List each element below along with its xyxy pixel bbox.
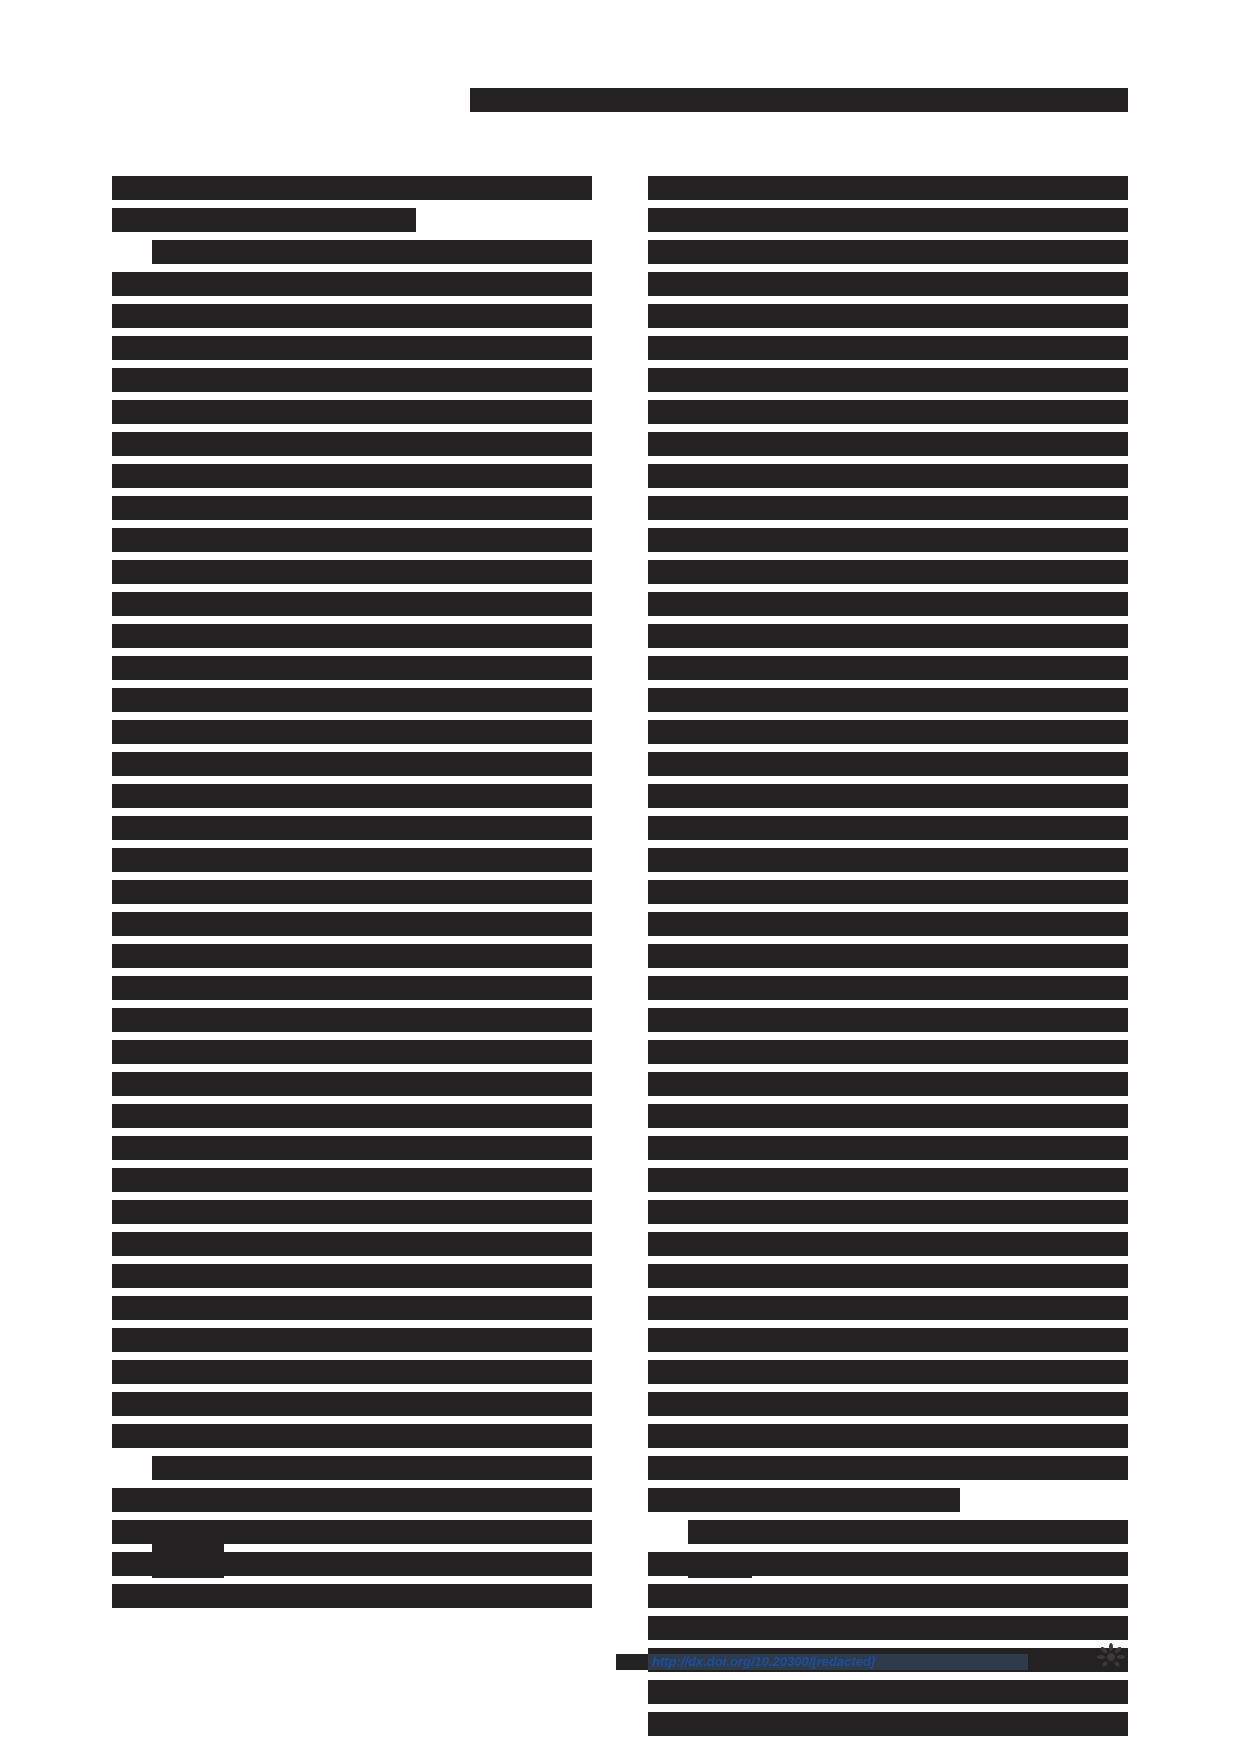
redaction-bar bbox=[112, 496, 592, 520]
redaction-bar bbox=[112, 400, 592, 424]
redacted-text-line bbox=[112, 944, 592, 968]
redacted-text-line bbox=[112, 976, 592, 1000]
redaction-bar bbox=[648, 1104, 1128, 1128]
redaction-bar bbox=[112, 1168, 592, 1192]
redacted-text-line bbox=[112, 1104, 592, 1128]
redacted-text-line bbox=[648, 464, 1128, 488]
redaction-bar bbox=[648, 624, 1128, 648]
redaction-bar bbox=[648, 720, 1128, 744]
redaction-bar bbox=[112, 1392, 592, 1416]
redacted-text-line bbox=[112, 1008, 592, 1032]
footnote-redacted bbox=[152, 1560, 224, 1578]
redaction-bar bbox=[648, 496, 1128, 520]
running-head bbox=[470, 88, 1128, 112]
redacted-text-line bbox=[112, 432, 592, 456]
redaction-bar bbox=[648, 1392, 1128, 1416]
redaction-bar bbox=[648, 528, 1128, 552]
redacted-text-line bbox=[112, 1488, 592, 1512]
redaction-bar bbox=[648, 1072, 1128, 1096]
redaction-bar bbox=[112, 560, 592, 584]
redacted-text-line bbox=[648, 560, 1128, 584]
page-number-redacted bbox=[616, 1654, 648, 1670]
redaction-bar bbox=[648, 336, 1128, 360]
redacted-text-line bbox=[112, 560, 592, 584]
redaction-bar bbox=[112, 592, 592, 616]
redaction-bar bbox=[648, 784, 1128, 808]
redacted-text-line bbox=[648, 1584, 1128, 1608]
redaction-bar bbox=[112, 784, 592, 808]
redacted-text-line bbox=[648, 848, 1128, 872]
redaction-bar bbox=[648, 1680, 1128, 1704]
redacted-text-line bbox=[112, 848, 592, 872]
redaction-bar bbox=[112, 944, 592, 968]
redaction-bar bbox=[112, 1136, 592, 1160]
redacted-text-line bbox=[648, 656, 1128, 680]
redaction-bar bbox=[648, 752, 1128, 776]
redaction-bar bbox=[648, 848, 1128, 872]
redacted-text-line bbox=[112, 624, 592, 648]
redaction-bar bbox=[648, 240, 1128, 264]
publisher-logo-icon bbox=[1096, 1640, 1126, 1670]
redacted-text-line bbox=[648, 1328, 1128, 1352]
redaction-bar bbox=[112, 208, 416, 232]
redacted-text-line bbox=[648, 1008, 1128, 1032]
redacted-text-line bbox=[112, 688, 592, 712]
redaction-bar bbox=[648, 816, 1128, 840]
redaction-bar bbox=[112, 176, 592, 200]
redacted-text-line bbox=[112, 1360, 592, 1384]
redaction-bar bbox=[648, 976, 1128, 1000]
redacted-text-line bbox=[648, 976, 1128, 1000]
redacted-text-line bbox=[112, 1392, 592, 1416]
footnote-rule bbox=[648, 1552, 800, 1554]
redaction-bar bbox=[648, 368, 1128, 392]
redacted-text-line bbox=[648, 176, 1128, 200]
redacted-text-line bbox=[648, 240, 1128, 264]
redacted-text-line bbox=[112, 1136, 592, 1160]
redacted-text-line bbox=[648, 272, 1128, 296]
redacted-text-line bbox=[112, 784, 592, 808]
redaction-bar bbox=[648, 1584, 1128, 1608]
redacted-text-line bbox=[648, 496, 1128, 520]
redacted-text-line bbox=[648, 624, 1128, 648]
redacted-text-line bbox=[112, 880, 592, 904]
footnote-redacted bbox=[688, 1560, 752, 1578]
redacted-text-line bbox=[648, 1296, 1128, 1320]
redaction-bar bbox=[648, 1616, 1128, 1640]
redacted-text-line bbox=[112, 1040, 592, 1064]
redaction-bar bbox=[112, 1200, 592, 1224]
redaction-bar bbox=[112, 1360, 592, 1384]
redaction-bar bbox=[112, 1104, 592, 1128]
redacted-text-line bbox=[648, 1264, 1128, 1288]
redacted-text-line bbox=[112, 656, 592, 680]
redaction-bar bbox=[112, 720, 592, 744]
redacted-text-line bbox=[648, 688, 1128, 712]
redaction-bar bbox=[112, 1072, 592, 1096]
redaction-bar bbox=[112, 464, 592, 488]
redacted-text-line bbox=[648, 368, 1128, 392]
footnote-redacted bbox=[152, 1536, 224, 1554]
redaction-bar bbox=[112, 432, 592, 456]
doi-link-text[interactable]: http://dx.doi.org/10.20300/[redacted] bbox=[648, 1654, 1028, 1670]
redacted-text-line bbox=[112, 208, 416, 232]
redacted-text-line bbox=[648, 336, 1128, 360]
redacted-text-line bbox=[648, 1712, 1128, 1736]
redacted-text-line bbox=[112, 1424, 592, 1448]
redaction-bar bbox=[648, 1008, 1128, 1032]
redaction-bar bbox=[648, 304, 1128, 328]
redaction-bar bbox=[648, 560, 1128, 584]
redaction-bar bbox=[112, 1328, 592, 1352]
redacted-text-line bbox=[112, 720, 592, 744]
redaction-bar bbox=[648, 656, 1128, 680]
redaction-bar bbox=[688, 1520, 1128, 1544]
redaction-bar bbox=[648, 1328, 1128, 1352]
redaction-bar bbox=[648, 1712, 1128, 1736]
redacted-text-line bbox=[648, 1104, 1128, 1128]
redaction-bar bbox=[648, 1232, 1128, 1256]
redacted-text-line bbox=[648, 1488, 960, 1512]
redaction-bar bbox=[112, 1264, 592, 1288]
redacted-text-line bbox=[648, 1136, 1128, 1160]
redaction-bar bbox=[112, 688, 592, 712]
redaction-bar bbox=[112, 304, 592, 328]
redaction-bar bbox=[112, 1488, 592, 1512]
redacted-text-line bbox=[648, 304, 1128, 328]
redacted-text-line bbox=[648, 1456, 1128, 1480]
redacted-text-line bbox=[112, 592, 592, 616]
redacted-text-line bbox=[648, 816, 1128, 840]
redacted-text-line bbox=[648, 944, 1128, 968]
redacted-text-line bbox=[152, 1456, 592, 1480]
redaction-bar bbox=[112, 752, 592, 776]
redacted-text-line bbox=[648, 432, 1128, 456]
redaction-bar bbox=[648, 1360, 1128, 1384]
redacted-text-line bbox=[648, 1424, 1128, 1448]
redacted-text-line bbox=[112, 912, 592, 936]
redaction-bar bbox=[112, 336, 592, 360]
redaction-bar bbox=[112, 1424, 592, 1448]
footnote-rule bbox=[112, 1520, 272, 1522]
redaction-bar bbox=[112, 816, 592, 840]
redacted-text-line bbox=[112, 528, 592, 552]
redaction-bar bbox=[648, 432, 1128, 456]
redaction-bar bbox=[648, 1296, 1128, 1320]
redaction-bar bbox=[112, 1040, 592, 1064]
redacted-text-line bbox=[112, 816, 592, 840]
redaction-bar bbox=[112, 656, 592, 680]
redaction-bar bbox=[648, 1488, 960, 1512]
redaction-bar bbox=[112, 848, 592, 872]
redacted-text-line bbox=[112, 176, 592, 200]
redaction-bar bbox=[112, 912, 592, 936]
redaction-bar bbox=[112, 368, 592, 392]
redaction-bar bbox=[648, 272, 1128, 296]
redaction-bar bbox=[648, 1200, 1128, 1224]
redaction-bar bbox=[648, 880, 1128, 904]
doi-link[interactable]: http://dx.doi.org/10.20300/[redacted] bbox=[648, 1654, 1028, 1670]
redaction-bar bbox=[112, 976, 592, 1000]
redacted-text-line bbox=[648, 752, 1128, 776]
redacted-text-line bbox=[112, 496, 592, 520]
redacted-text-line bbox=[112, 272, 592, 296]
redaction-bar bbox=[648, 464, 1128, 488]
redaction-bar bbox=[648, 1040, 1128, 1064]
redaction-bar bbox=[152, 1456, 592, 1480]
journal-name-redacted bbox=[1036, 1654, 1100, 1670]
redaction-bar bbox=[112, 1008, 592, 1032]
redaction-bar bbox=[112, 272, 592, 296]
redacted-text-line bbox=[112, 1200, 592, 1224]
redacted-text-line bbox=[648, 1040, 1128, 1064]
redacted-text-line bbox=[112, 336, 592, 360]
redacted-text-line bbox=[648, 1168, 1128, 1192]
redacted-text-line bbox=[152, 240, 592, 264]
redaction-bar bbox=[648, 1264, 1128, 1288]
redaction-bar bbox=[648, 400, 1128, 424]
redaction-bar bbox=[112, 1232, 592, 1256]
redaction-bar bbox=[648, 208, 1128, 232]
redacted-text-line bbox=[648, 1680, 1128, 1704]
redacted-text-line bbox=[112, 1584, 592, 1608]
redacted-text-line bbox=[648, 400, 1128, 424]
redaction-bar bbox=[648, 1168, 1128, 1192]
redacted-text-line bbox=[648, 1200, 1128, 1224]
redacted-text-line bbox=[648, 1360, 1128, 1384]
redacted-text-line bbox=[648, 912, 1128, 936]
redaction-bar bbox=[112, 1296, 592, 1320]
redacted-text-line bbox=[112, 400, 592, 424]
redacted-text-line bbox=[112, 1168, 592, 1192]
redaction-bar bbox=[112, 880, 592, 904]
redacted-text-line bbox=[112, 752, 592, 776]
redaction-bar bbox=[648, 944, 1128, 968]
redacted-text-line bbox=[648, 1072, 1128, 1096]
redacted-text-line bbox=[648, 1232, 1128, 1256]
redacted-text-line bbox=[112, 1232, 592, 1256]
redacted-text-line bbox=[648, 592, 1128, 616]
redacted-text-line bbox=[648, 880, 1128, 904]
redaction-bar bbox=[112, 528, 592, 552]
redacted-text-line bbox=[648, 528, 1128, 552]
redacted-text-line bbox=[648, 720, 1128, 744]
redaction-bar bbox=[648, 1424, 1128, 1448]
redaction-bar bbox=[648, 1456, 1128, 1480]
redacted-text-line bbox=[112, 1328, 592, 1352]
redacted-text-line bbox=[112, 304, 592, 328]
redaction-bar bbox=[648, 592, 1128, 616]
redacted-text-line bbox=[688, 1520, 1128, 1544]
redaction-bar bbox=[648, 176, 1128, 200]
redacted-text-line bbox=[112, 368, 592, 392]
redaction-bar bbox=[648, 1136, 1128, 1160]
redaction-bar bbox=[152, 240, 592, 264]
redaction-bar bbox=[648, 912, 1128, 936]
redacted-text-line bbox=[648, 1616, 1128, 1640]
redaction-bar bbox=[112, 624, 592, 648]
redacted-text-line bbox=[112, 464, 592, 488]
redacted-text-line bbox=[648, 784, 1128, 808]
redacted-text-line bbox=[112, 1072, 592, 1096]
redaction-bar bbox=[648, 688, 1128, 712]
redacted-text-line bbox=[648, 208, 1128, 232]
redaction-bar bbox=[112, 1584, 592, 1608]
redacted-text-line bbox=[112, 1264, 592, 1288]
redacted-text-line bbox=[112, 1296, 592, 1320]
redacted-text-line bbox=[648, 1392, 1128, 1416]
